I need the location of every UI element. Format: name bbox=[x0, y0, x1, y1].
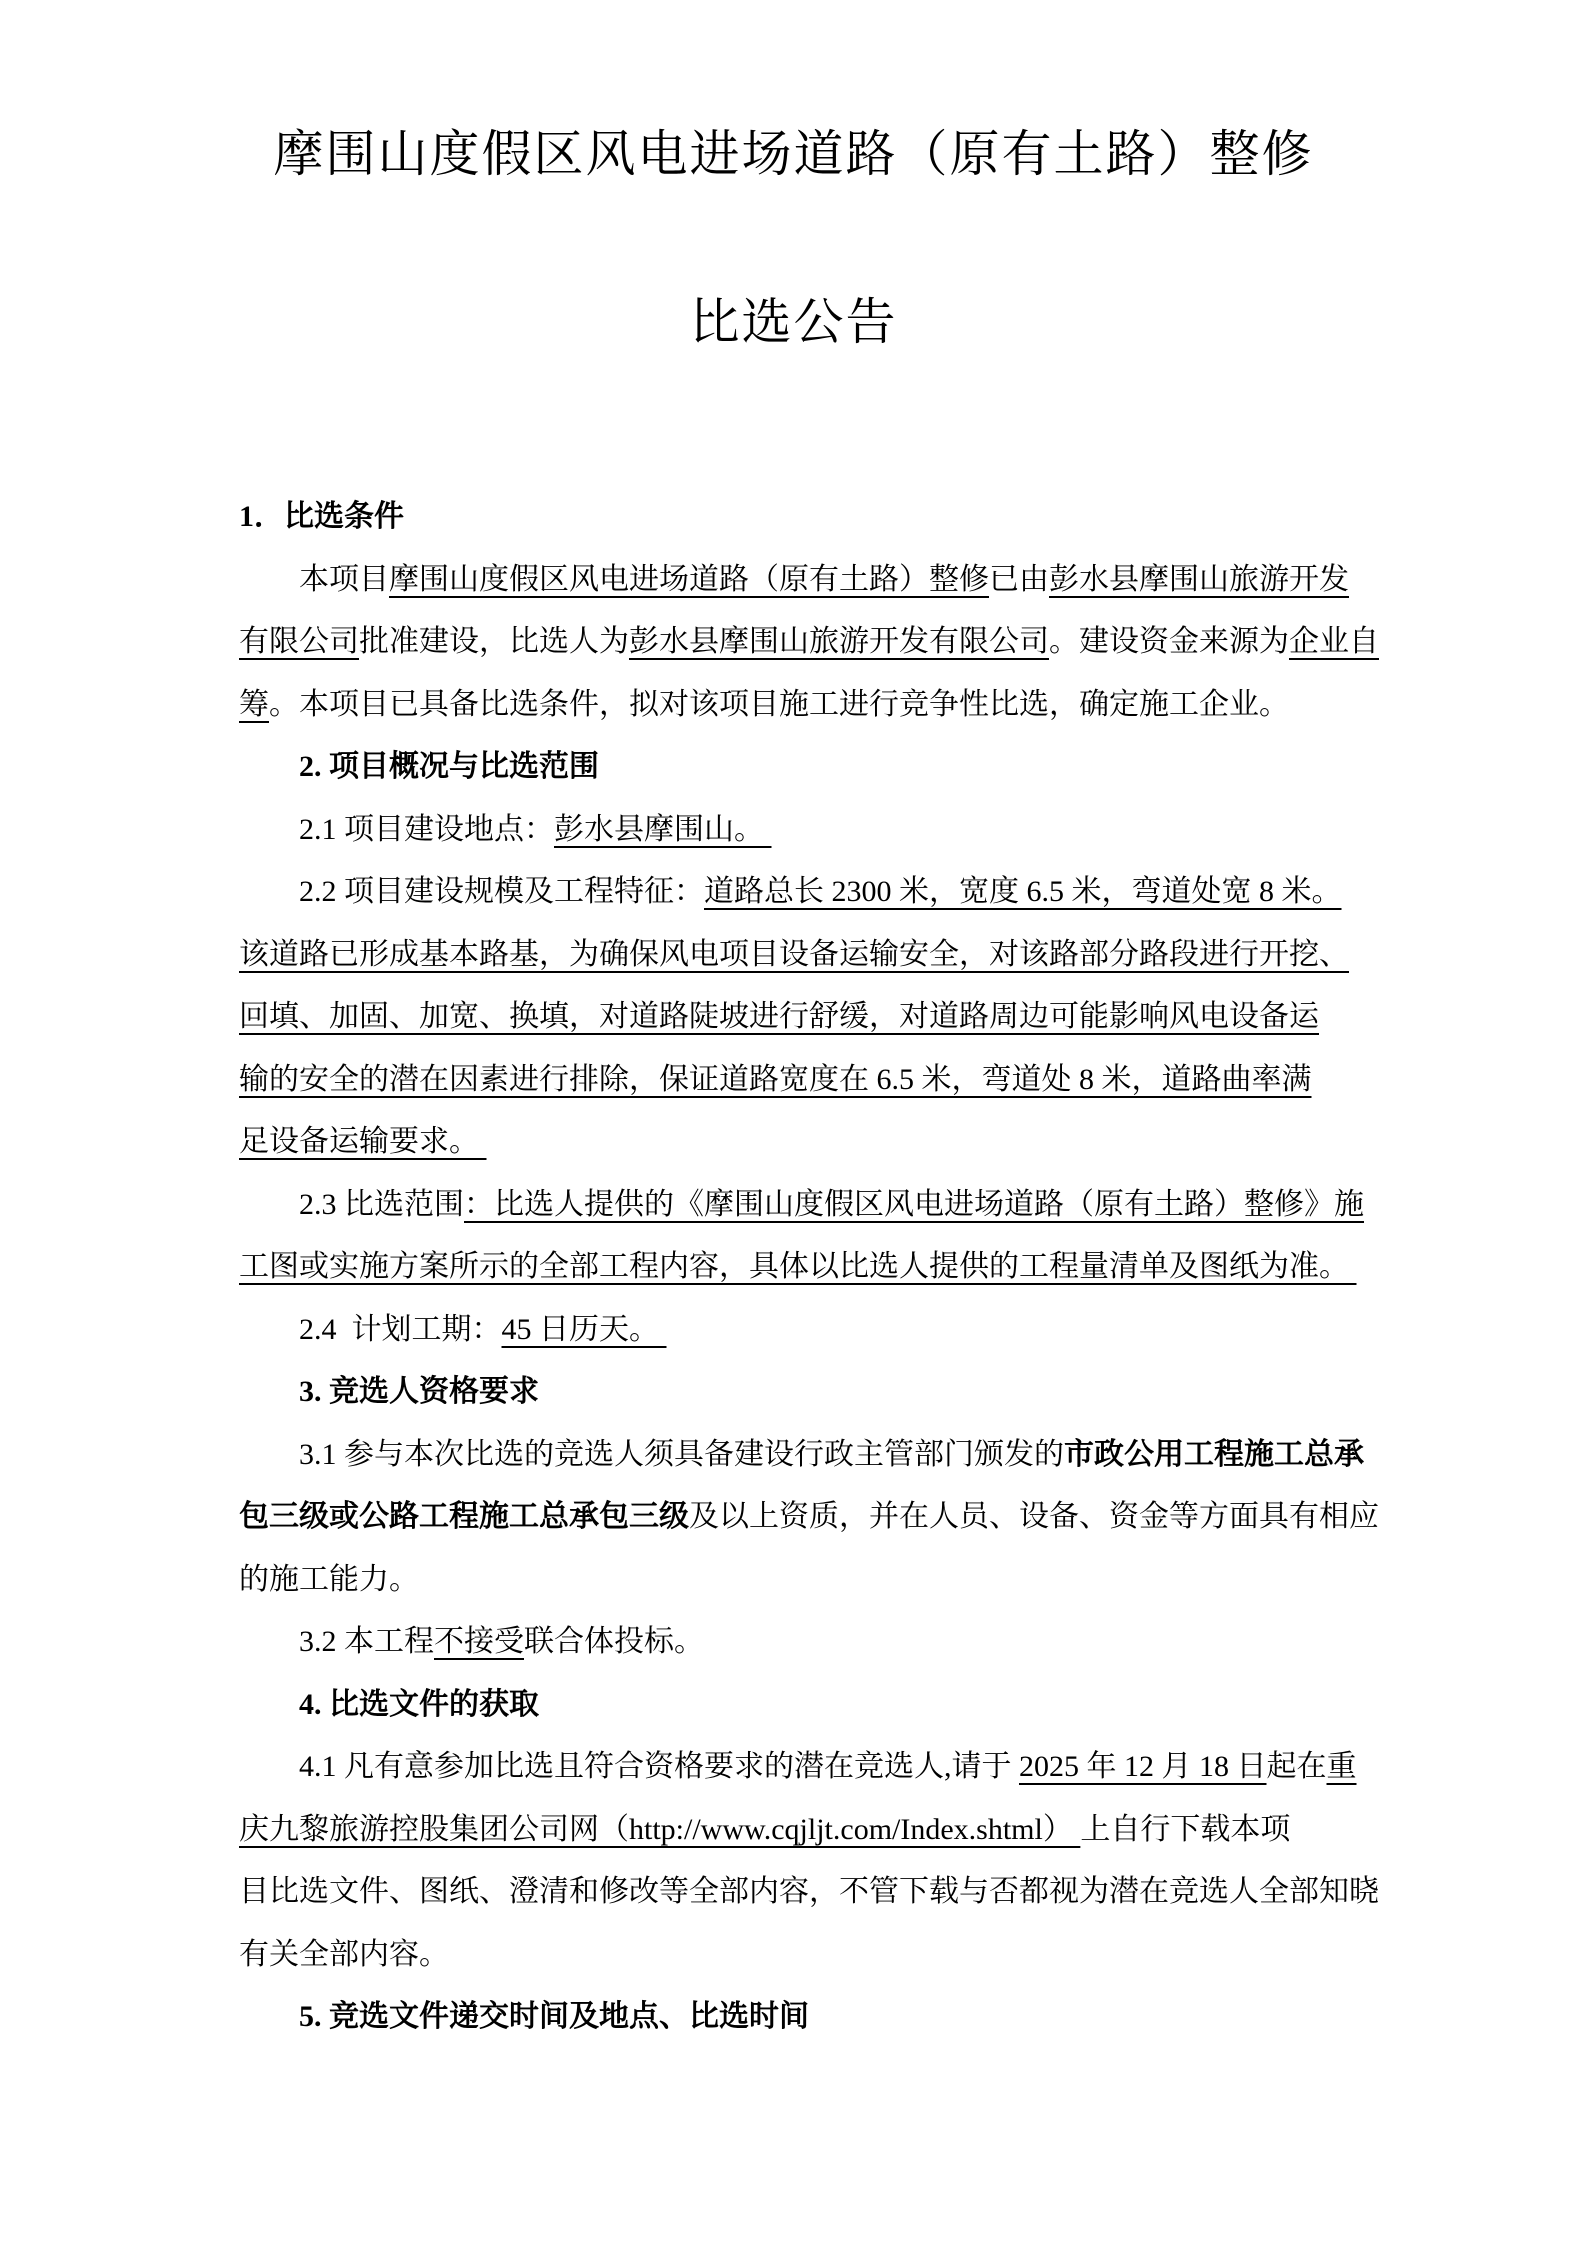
para-1-line-1: 本项目摩围山度假区风电进场道路（原有土路）整修已由彭水县摩围山旅游开发 bbox=[239, 549, 1467, 612]
underlined-text: ：比选人提供的《摩围山度假区风电进场道路（原有土路）整修》施 bbox=[464, 1188, 1364, 1221]
item-2-2-line-2: 该道路已形成基本路基，为确保风电项目设备运输安全，对该路部分路段进行开挖、 bbox=[239, 924, 1467, 987]
underlined-text: 不接受 bbox=[434, 1625, 524, 1658]
text-segment: 有关全部内容。 bbox=[239, 1938, 449, 1971]
underlined-text: 输的安全的潜在因素进行排除，保证道路宽度在 6.5 米，弯道处 8 米，道路曲率… bbox=[239, 1063, 1312, 1096]
underlined-text: 彭水县摩围山旅游开发有限公司 bbox=[629, 625, 1049, 658]
section-2-heading: 2. 项目概况与比选范围 bbox=[239, 736, 1467, 799]
underlined-text: 45 日历天。 bbox=[502, 1313, 667, 1346]
document-page: 摩围山度假区风电进场道路（原有土路）整修 比选公告 1．比选条件本项目摩围山度假… bbox=[0, 0, 1587, 2245]
text-segment: 。本项目已具备比选条件，拟对该项目施工进行竞争性比选，确定施工企业。 bbox=[269, 688, 1289, 721]
underlined-text: 该道路已形成基本路基，为确保风电项目设备运输安全，对该路部分路段进行开挖、 bbox=[239, 938, 1349, 971]
document-title-line-1: 摩围山度假区风电进场道路（原有土路）整修 bbox=[0, 0, 1587, 192]
underlined-text: 道路总长 2300 米，宽度 6.5 米，弯道处宽 8 米。 bbox=[704, 875, 1342, 908]
text-segment: 目比选文件、图纸、澄清和修改等全部内容，不管下载与否都视为潜在竞选人全部知晓 bbox=[239, 1875, 1379, 1908]
text-segment: 2.2 项目建设规模及工程特征： bbox=[299, 875, 704, 908]
item-3-2: 3.2 本工程不接受联合体投标。 bbox=[239, 1611, 1467, 1674]
item-2-3-line-1: 2.3 比选范围：比选人提供的《摩围山度假区风电进场道路（原有土路）整修》施 bbox=[239, 1174, 1467, 1237]
section-1-heading: 1．比选条件 bbox=[239, 486, 1467, 549]
text-segment: 联合体投标。 bbox=[524, 1625, 704, 1658]
underlined-text: 工图或实施方案所示的全部工程内容，具体以比选人提供的工程量清单及图纸为准。 bbox=[239, 1250, 1357, 1283]
item-4-1-line-1: 4.1 凡有意参加比选且符合资格要求的潜在竞选人,请于 2025 年 12 月 … bbox=[239, 1736, 1467, 1799]
bold-text: 5. 竞选文件递交时间及地点、比选时间 bbox=[299, 2000, 809, 2033]
text-segment: 及以上资质，并在人员、设备、资金等方面具有相应 bbox=[689, 1500, 1379, 1533]
text-segment: 的施工能力。 bbox=[239, 1563, 419, 1596]
bold-text: 4. 比选文件的获取 bbox=[299, 1688, 539, 1721]
text-segment: 2.3 比选范围 bbox=[299, 1188, 464, 1221]
section-3-heading: 3. 竞选人资格要求 bbox=[239, 1361, 1467, 1424]
text-segment: 3.1 参与本次比选的竞选人须具备建设行政主管部门颁发的 bbox=[299, 1438, 1064, 1471]
bold-text: 1．比选条件 bbox=[239, 500, 404, 533]
underlined-text: 企业自 bbox=[1289, 625, 1379, 658]
text-segment: 。建设资金来源为 bbox=[1049, 625, 1289, 658]
underlined-text: 庆九黎旅游控股集团公司网（http://www.cqjljt.com/Index… bbox=[239, 1813, 1080, 1846]
underlined-text: 筹 bbox=[239, 688, 269, 721]
para-1-line-2: 有限公司批准建设，比选人为彭水县摩围山旅游开发有限公司。建设资金来源为企业自 bbox=[239, 611, 1467, 674]
document-body: 1．比选条件本项目摩围山度假区风电进场道路（原有土路）整修已由彭水县摩围山旅游开… bbox=[0, 486, 1587, 2049]
underlined-text: 彭水县摩围山。 bbox=[554, 813, 772, 846]
item-3-1-line-3: 的施工能力。 bbox=[239, 1549, 1467, 1612]
item-2-2-line-1: 2.2 项目建设规模及工程特征：道路总长 2300 米，宽度 6.5 米，弯道处… bbox=[239, 861, 1467, 924]
item-2-4: 2.4 计划工期：45 日历天。 bbox=[239, 1299, 1467, 1362]
text-segment: 2.1 项目建设地点： bbox=[299, 813, 554, 846]
bold-text: 市政公用工程施工总承 bbox=[1064, 1438, 1364, 1471]
item-2-2-line-3: 回填、加固、加宽、换填，对道路陡坡进行舒缓，对道路周边可能影响风电设备运 bbox=[239, 986, 1467, 1049]
item-3-1-line-1: 3.1 参与本次比选的竞选人须具备建设行政主管部门颁发的市政公用工程施工总承 bbox=[239, 1424, 1467, 1487]
underlined-text: 2025 年 12 月 18 日 bbox=[1019, 1750, 1267, 1783]
underlined-text: 摩围山度假区风电进场道路（原有土路）整修 bbox=[389, 563, 989, 596]
text-segment: 上自行下载本项 bbox=[1080, 1813, 1290, 1846]
bold-text: 2. 项目概况与比选范围 bbox=[299, 750, 599, 783]
item-2-2-line-4: 输的安全的潜在因素进行排除，保证道路宽度在 6.5 米，弯道处 8 米，道路曲率… bbox=[239, 1049, 1467, 1112]
bold-text: 包三级或公路工程施工总承包三级 bbox=[239, 1500, 689, 1533]
text-segment: 起在 bbox=[1267, 1750, 1327, 1783]
text-segment: 3.2 本工程 bbox=[299, 1625, 434, 1658]
text-segment: 4.1 凡有意参加比选且符合资格要求的潜在竞选人,请于 bbox=[299, 1750, 1019, 1783]
item-4-1-line-2: 庆九黎旅游控股集团公司网（http://www.cqjljt.com/Index… bbox=[239, 1799, 1467, 1862]
text-segment: 批准建设，比选人为 bbox=[359, 625, 629, 658]
underlined-text: 彭水县摩围山旅游开发 bbox=[1049, 563, 1349, 596]
text-segment: 已由 bbox=[989, 563, 1049, 596]
document-title-line-2: 比选公告 bbox=[0, 284, 1587, 360]
underlined-text: 重 bbox=[1327, 1750, 1357, 1783]
item-2-1: 2.1 项目建设地点：彭水县摩围山。 bbox=[239, 799, 1467, 862]
item-4-1-line-4: 有关全部内容。 bbox=[239, 1924, 1467, 1987]
para-1-line-3: 筹。本项目已具备比选条件，拟对该项目施工进行竞争性比选，确定施工企业。 bbox=[239, 674, 1467, 737]
section-5-heading: 5. 竞选文件递交时间及地点、比选时间 bbox=[239, 1986, 1467, 2049]
item-2-3-line-2: 工图或实施方案所示的全部工程内容，具体以比选人提供的工程量清单及图纸为准。 bbox=[239, 1236, 1467, 1299]
document-lines: 1．比选条件本项目摩围山度假区风电进场道路（原有土路）整修已由彭水县摩围山旅游开… bbox=[239, 486, 1467, 2049]
text-segment: 本项目 bbox=[299, 563, 389, 596]
item-4-1-line-3: 目比选文件、图纸、澄清和修改等全部内容，不管下载与否都视为潜在竞选人全部知晓 bbox=[239, 1861, 1467, 1924]
underlined-text: 足设备运输要求。 bbox=[239, 1125, 487, 1158]
item-2-2-line-5: 足设备运输要求。 bbox=[239, 1111, 1467, 1174]
text-segment: 2.4 计划工期： bbox=[299, 1313, 502, 1346]
item-3-1-line-2: 包三级或公路工程施工总承包三级及以上资质，并在人员、设备、资金等方面具有相应 bbox=[239, 1486, 1467, 1549]
section-4-heading: 4. 比选文件的获取 bbox=[239, 1674, 1467, 1737]
underlined-text: 回填、加固、加宽、换填，对道路陡坡进行舒缓，对道路周边可能影响风电设备运 bbox=[239, 1000, 1319, 1033]
bold-text: 3. 竞选人资格要求 bbox=[299, 1375, 539, 1408]
underlined-text: 有限公司 bbox=[239, 625, 359, 658]
